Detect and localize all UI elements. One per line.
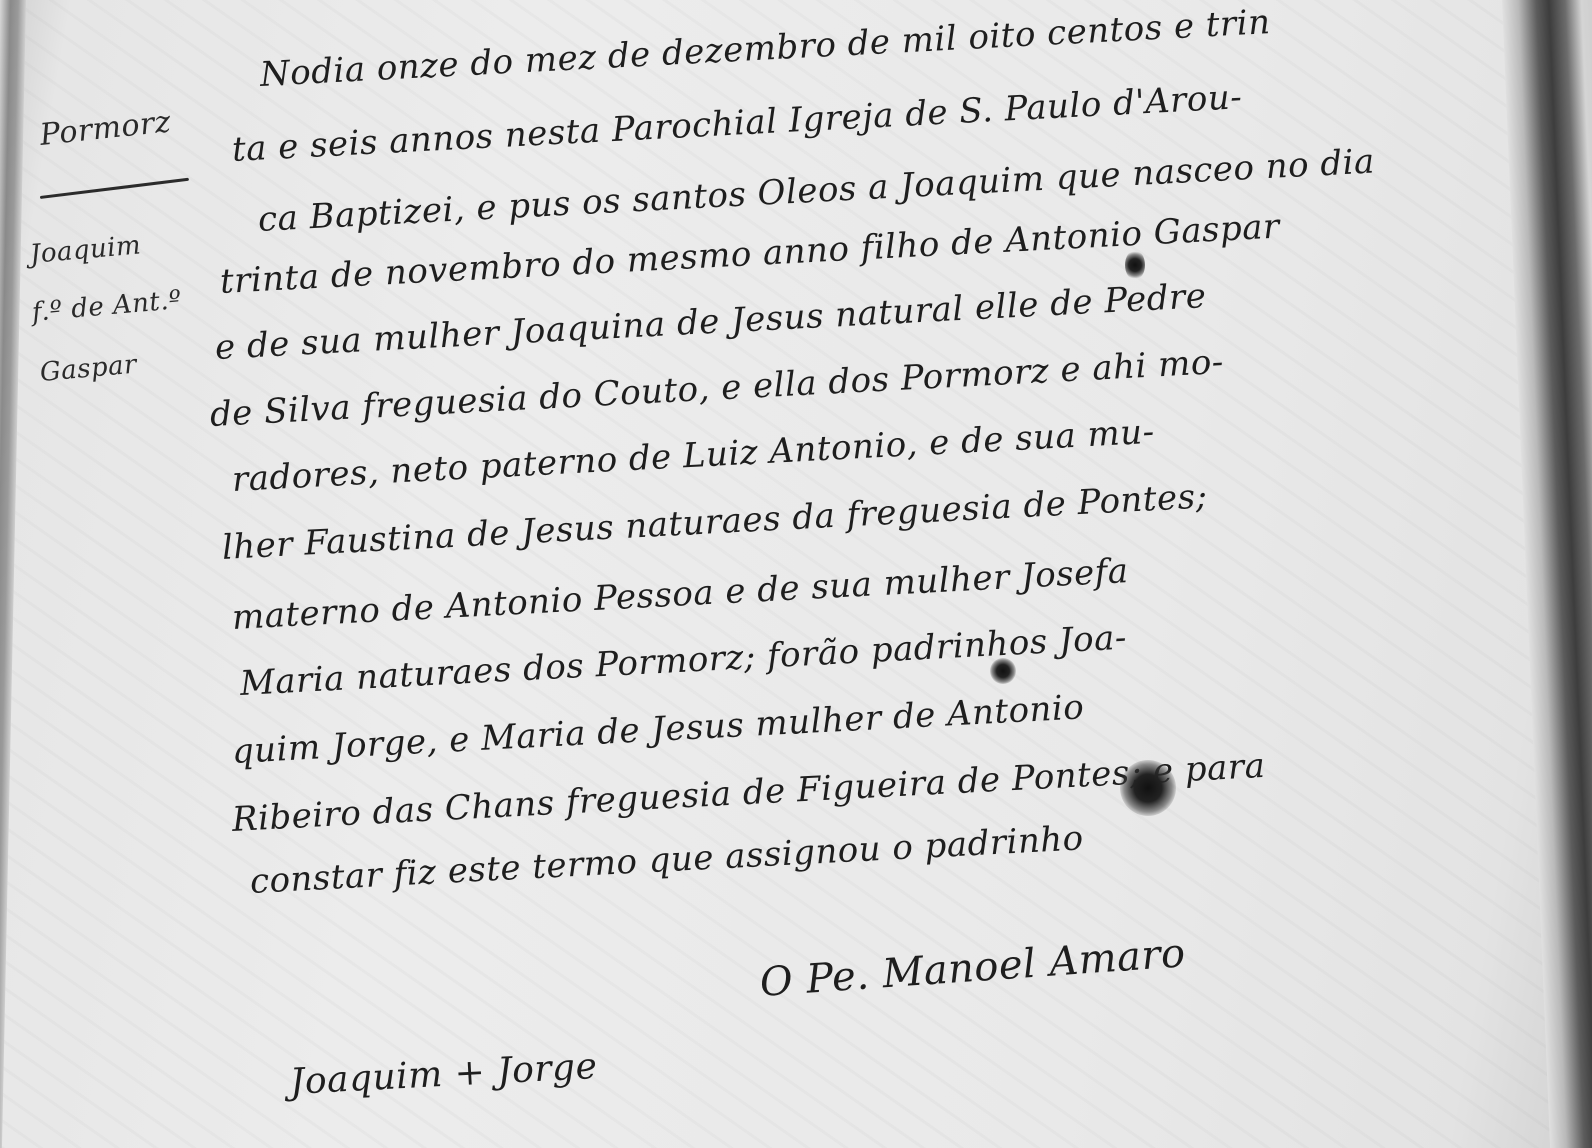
document-page: Pormorz Joaquim f.º de Ant.º Gaspar Nodi… — [0, 0, 1592, 1148]
ink-blot — [1120, 760, 1176, 816]
ink-blot — [990, 658, 1016, 684]
ink-blot — [1125, 250, 1145, 280]
